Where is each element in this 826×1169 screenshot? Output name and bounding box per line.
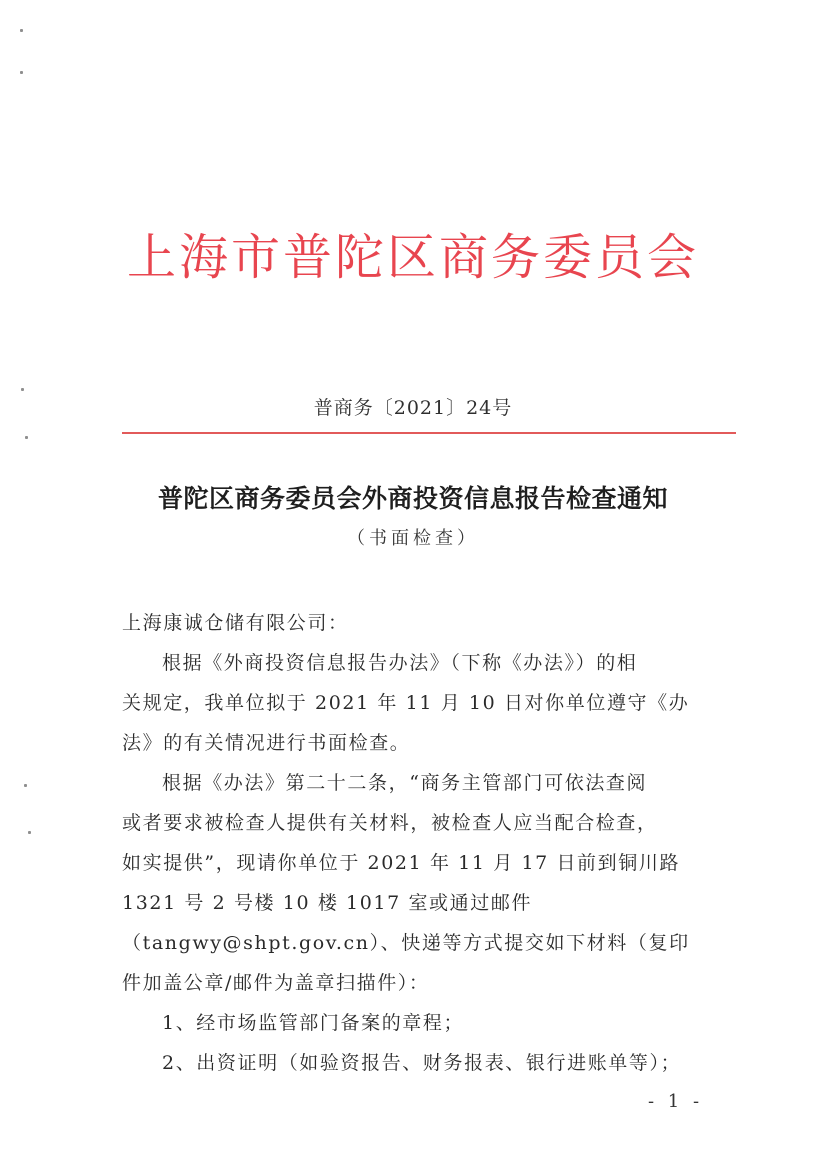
scan-speck	[20, 71, 23, 74]
addressee: 上海康诚仓储有限公司：	[122, 603, 734, 643]
red-divider	[122, 432, 736, 434]
document-body: 上海康诚仓储有限公司： 根据《外商投资信息报告办法》（下称《办法》）的相 关规定…	[122, 603, 734, 1083]
body-line: 关规定，我单位拟于 2021 年 11 月 10 日对你单位遵守《办	[122, 683, 734, 723]
document-number: 普商务〔2021〕24号	[0, 393, 826, 423]
organization-header: 上海市普陀区商务委员会	[0, 228, 826, 288]
body-line: 根据《办法》第二十二条，“商务主管部门可依法查阅	[122, 763, 734, 803]
list-item: 1、经市场监管部门备案的章程；	[122, 1003, 734, 1043]
body-line: 法》的有关情况进行书面检查。	[122, 723, 734, 763]
document-title: 普陀区商务委员会外商投资信息报告检查通知	[0, 479, 826, 519]
scan-speck	[28, 831, 31, 834]
document-page: 上海市普陀区商务委员会 普商务〔2021〕24号 普陀区商务委员会外商投资信息报…	[0, 0, 826, 1169]
page-number: - 1 -	[648, 1090, 703, 1114]
body-line-email: （tangwy@shpt.gov.cn）、快递等方式提交如下材料（复印	[122, 923, 734, 963]
body-line: 件加盖公章/邮件为盖章扫描件）：	[122, 963, 734, 1003]
body-line: 1321 号 2 号楼 10 楼 1017 室或通过邮件	[122, 883, 734, 923]
body-line: 或者要求被检查人提供有关材料，被检查人应当配合检查，	[122, 803, 734, 843]
scan-speck	[24, 784, 27, 787]
scan-speck	[20, 29, 23, 32]
body-line: 如实提供”，现请你单位于 2021 年 11 月 17 日前到铜川路	[122, 843, 734, 883]
scan-speck	[21, 388, 24, 391]
scan-speck	[25, 436, 28, 439]
list-item: 2、出资证明（如验资报告、财务报表、银行进账单等）；	[122, 1043, 734, 1083]
document-subtitle: （书面检查）	[0, 524, 826, 554]
body-line: 根据《外商投资信息报告办法》（下称《办法》）的相	[122, 643, 734, 683]
